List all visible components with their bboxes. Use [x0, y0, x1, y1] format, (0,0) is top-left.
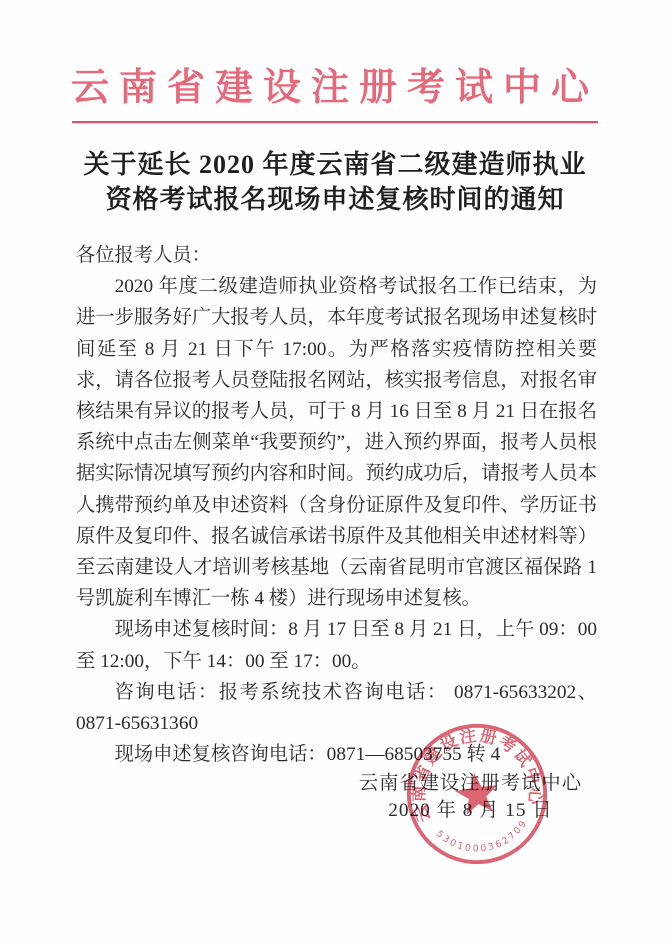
letterhead-divider	[72, 121, 598, 123]
body-paragraph-review-phone: 现场申述复核咨询电话：0871—68503755 转 4	[76, 739, 597, 770]
body-paragraph: 2020 年度二级建造师执业资格考试报名工作已结束，为进一步服务好广大报考人员，…	[76, 271, 597, 614]
signature-block: 云南省建设注册考试中心 2020 年 8 月 15 日	[359, 770, 582, 824]
body-paragraph-consult-phone: 咨询电话：报考系统技术咨询电话： 0871-65633202、0871-6563…	[76, 677, 597, 739]
signature-org: 云南省建设注册考试中心	[359, 770, 582, 797]
salutation: 各位报考人员：	[76, 240, 597, 271]
document-title-line1: 关于延长 2020 年度云南省二级建造师执业	[0, 147, 670, 182]
signature-date: 2020 年 8 月 15 日	[359, 797, 582, 824]
document-page: 云南省建设注册考试中心 关于延长 2020 年度云南省二级建造师执业 资格考试报…	[0, 0, 670, 947]
letterhead-org-name: 云南省建设注册考试中心	[0, 56, 670, 111]
document-body: 各位报考人员： 2020 年度二级建造师执业资格考试报名工作已结束，为进一步服务…	[76, 240, 597, 770]
document-title: 关于延长 2020 年度云南省二级建造师执业 资格考试报名现场申述复核时间的通知	[0, 147, 670, 217]
document-title-line2: 资格考试报名现场申述复核时间的通知	[0, 182, 670, 217]
body-paragraph-review-time: 现场申述复核时间：8 月 17 日至 8 月 21 日，上午 09：00 至 1…	[76, 614, 597, 676]
